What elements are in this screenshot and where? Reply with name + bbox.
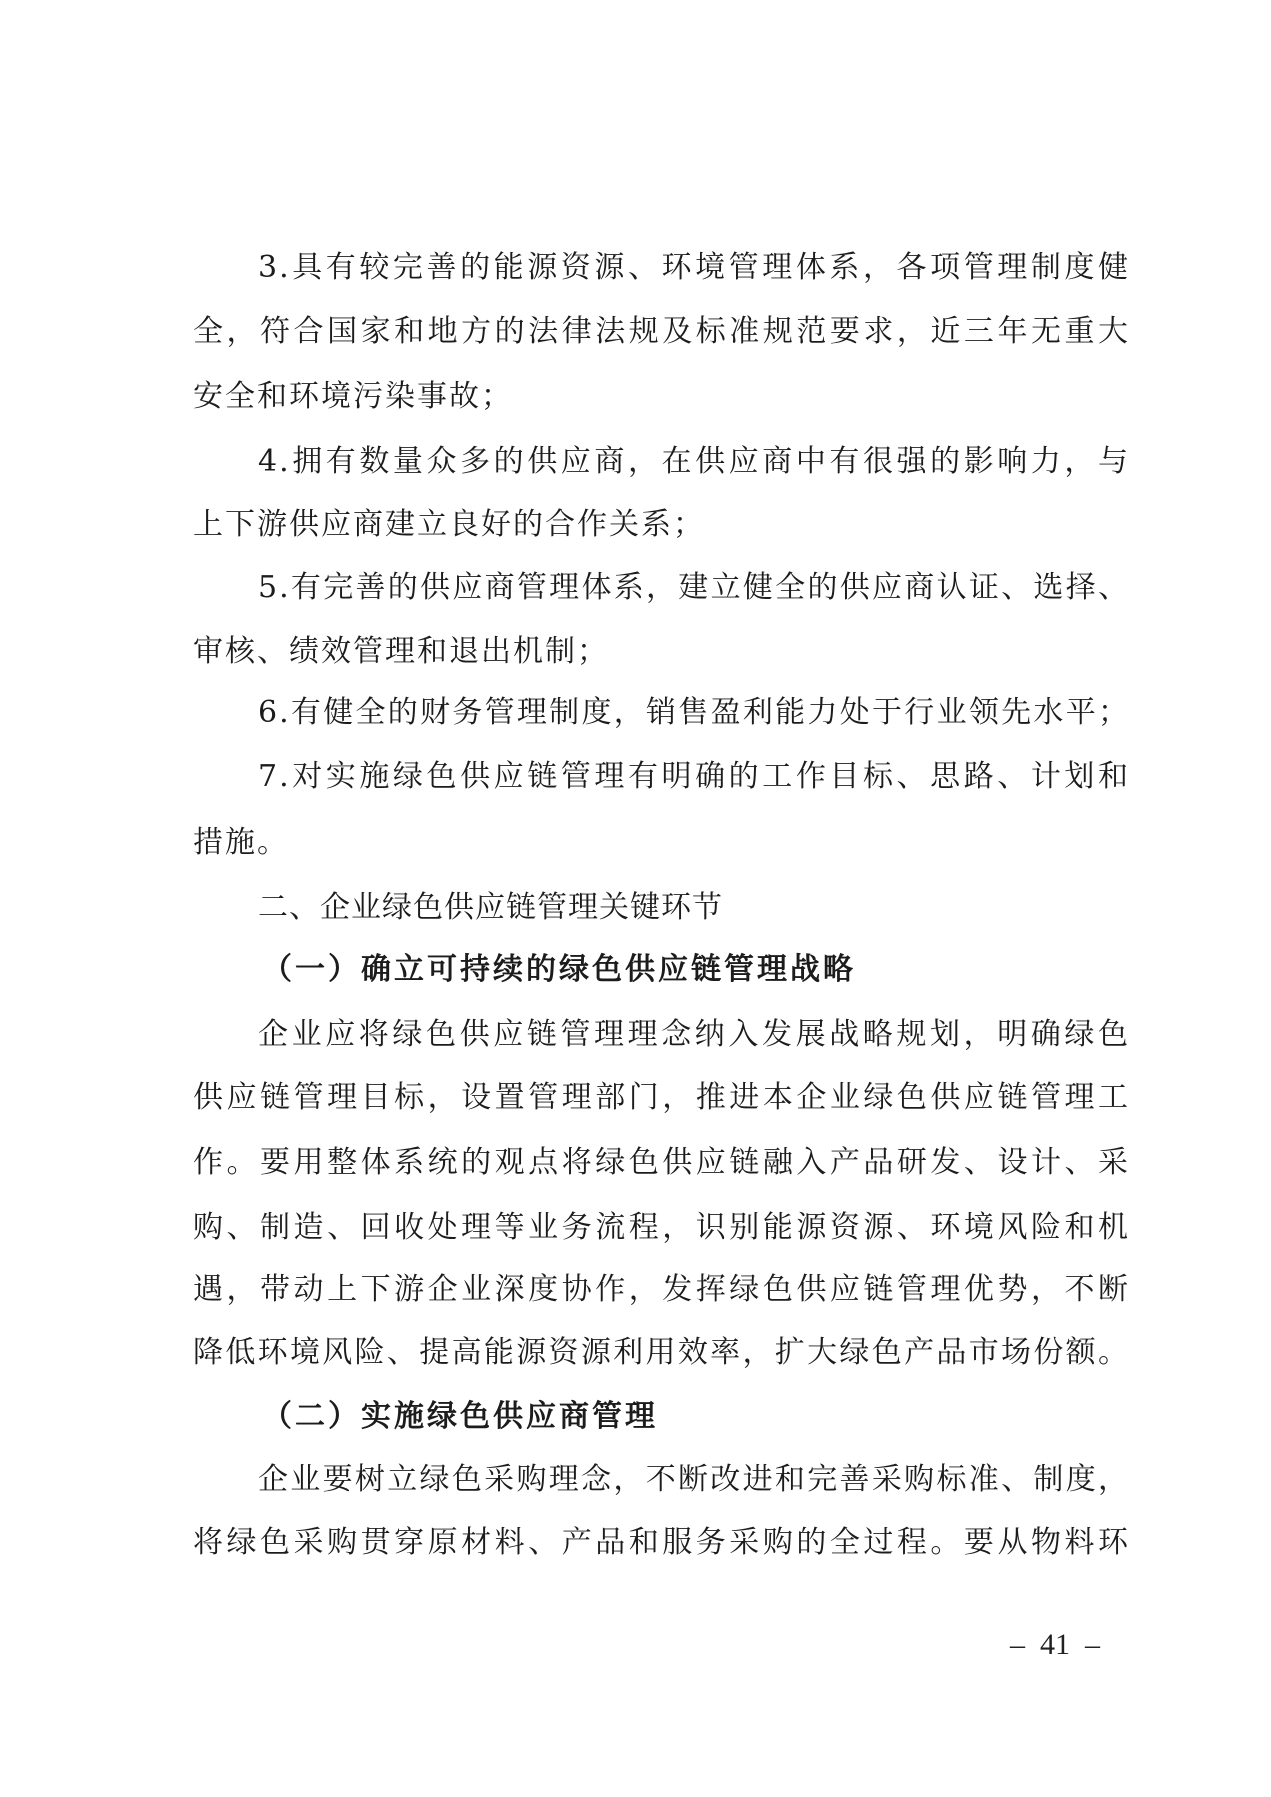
strategy-paragraph-line-3: 作。要用整体系统的观点将绿色供应链融入产品研发、设计、采 [193, 1143, 1130, 1183]
paragraph-4-line-2: 上下游供应商建立良好的合作关系； [193, 505, 1130, 545]
paragraph-5-line-2: 审核、绩效管理和退出机制； [193, 632, 1130, 672]
paragraph-5-line-1: 5.有完善的供应商管理体系，建立健全的供应商认证、选择、 [258, 568, 1130, 608]
strategy-paragraph-line-5: 遇，带动上下游企业深度协作，发挥绿色供应链管理优势，不断 [193, 1270, 1130, 1310]
paragraph-6-line-1: 6.有健全的财务管理制度，销售盈利能力处于行业领先水平； [258, 693, 1130, 733]
paragraph-7-line-2: 措施。 [193, 823, 1130, 863]
paragraph-3-line-2: 全，符合国家和地方的法律法规及标准规范要求，近三年无重大 [193, 312, 1130, 352]
strategy-paragraph-line-4: 购、制造、回收处理等业务流程，识别能源资源、环境风险和机 [193, 1208, 1130, 1248]
document-page: 3.具有较完善的能源资源、环境管理体系，各项管理制度健 全，符合国家和地方的法律… [0, 0, 1271, 1797]
paragraph-3-line-1: 3.具有较完善的能源资源、环境管理体系，各项管理制度健 [258, 248, 1130, 288]
page-number: – 41 – [1000, 1628, 1110, 1662]
subsection-heading-2: （二）实施绿色供应商管理 [262, 1397, 1134, 1437]
paragraph-3-line-3: 安全和环境污染事故； [193, 377, 1130, 417]
subsection-heading-1: （一）确立可持续的绿色供应链管理战略 [262, 950, 1134, 990]
paragraph-4-line-1: 4.拥有数量众多的供应商，在供应商中有很强的影响力，与 [258, 442, 1130, 482]
section-heading-2: 二、企业绿色供应链管理关键环节 [258, 888, 1130, 928]
strategy-paragraph-line-2: 供应链管理目标，设置管理部门，推进本企业绿色供应链管理工 [193, 1078, 1130, 1118]
paragraph-7-line-1: 7.对实施绿色供应链管理有明确的工作目标、思路、计划和 [258, 757, 1130, 797]
supplier-paragraph-line-1: 企业要树立绿色采购理念，不断改进和完善采购标准、制度， [258, 1460, 1130, 1500]
strategy-paragraph-line-6: 降低环境风险、提高能源资源利用效率，扩大绿色产品市场份额。 [193, 1333, 1130, 1373]
supplier-paragraph-line-2: 将绿色采购贯穿原材料、产品和服务采购的全过程。要从物料环 [193, 1523, 1130, 1563]
strategy-paragraph-line-1: 企业应将绿色供应链管理理念纳入发展战略规划，明确绿色 [258, 1015, 1130, 1055]
